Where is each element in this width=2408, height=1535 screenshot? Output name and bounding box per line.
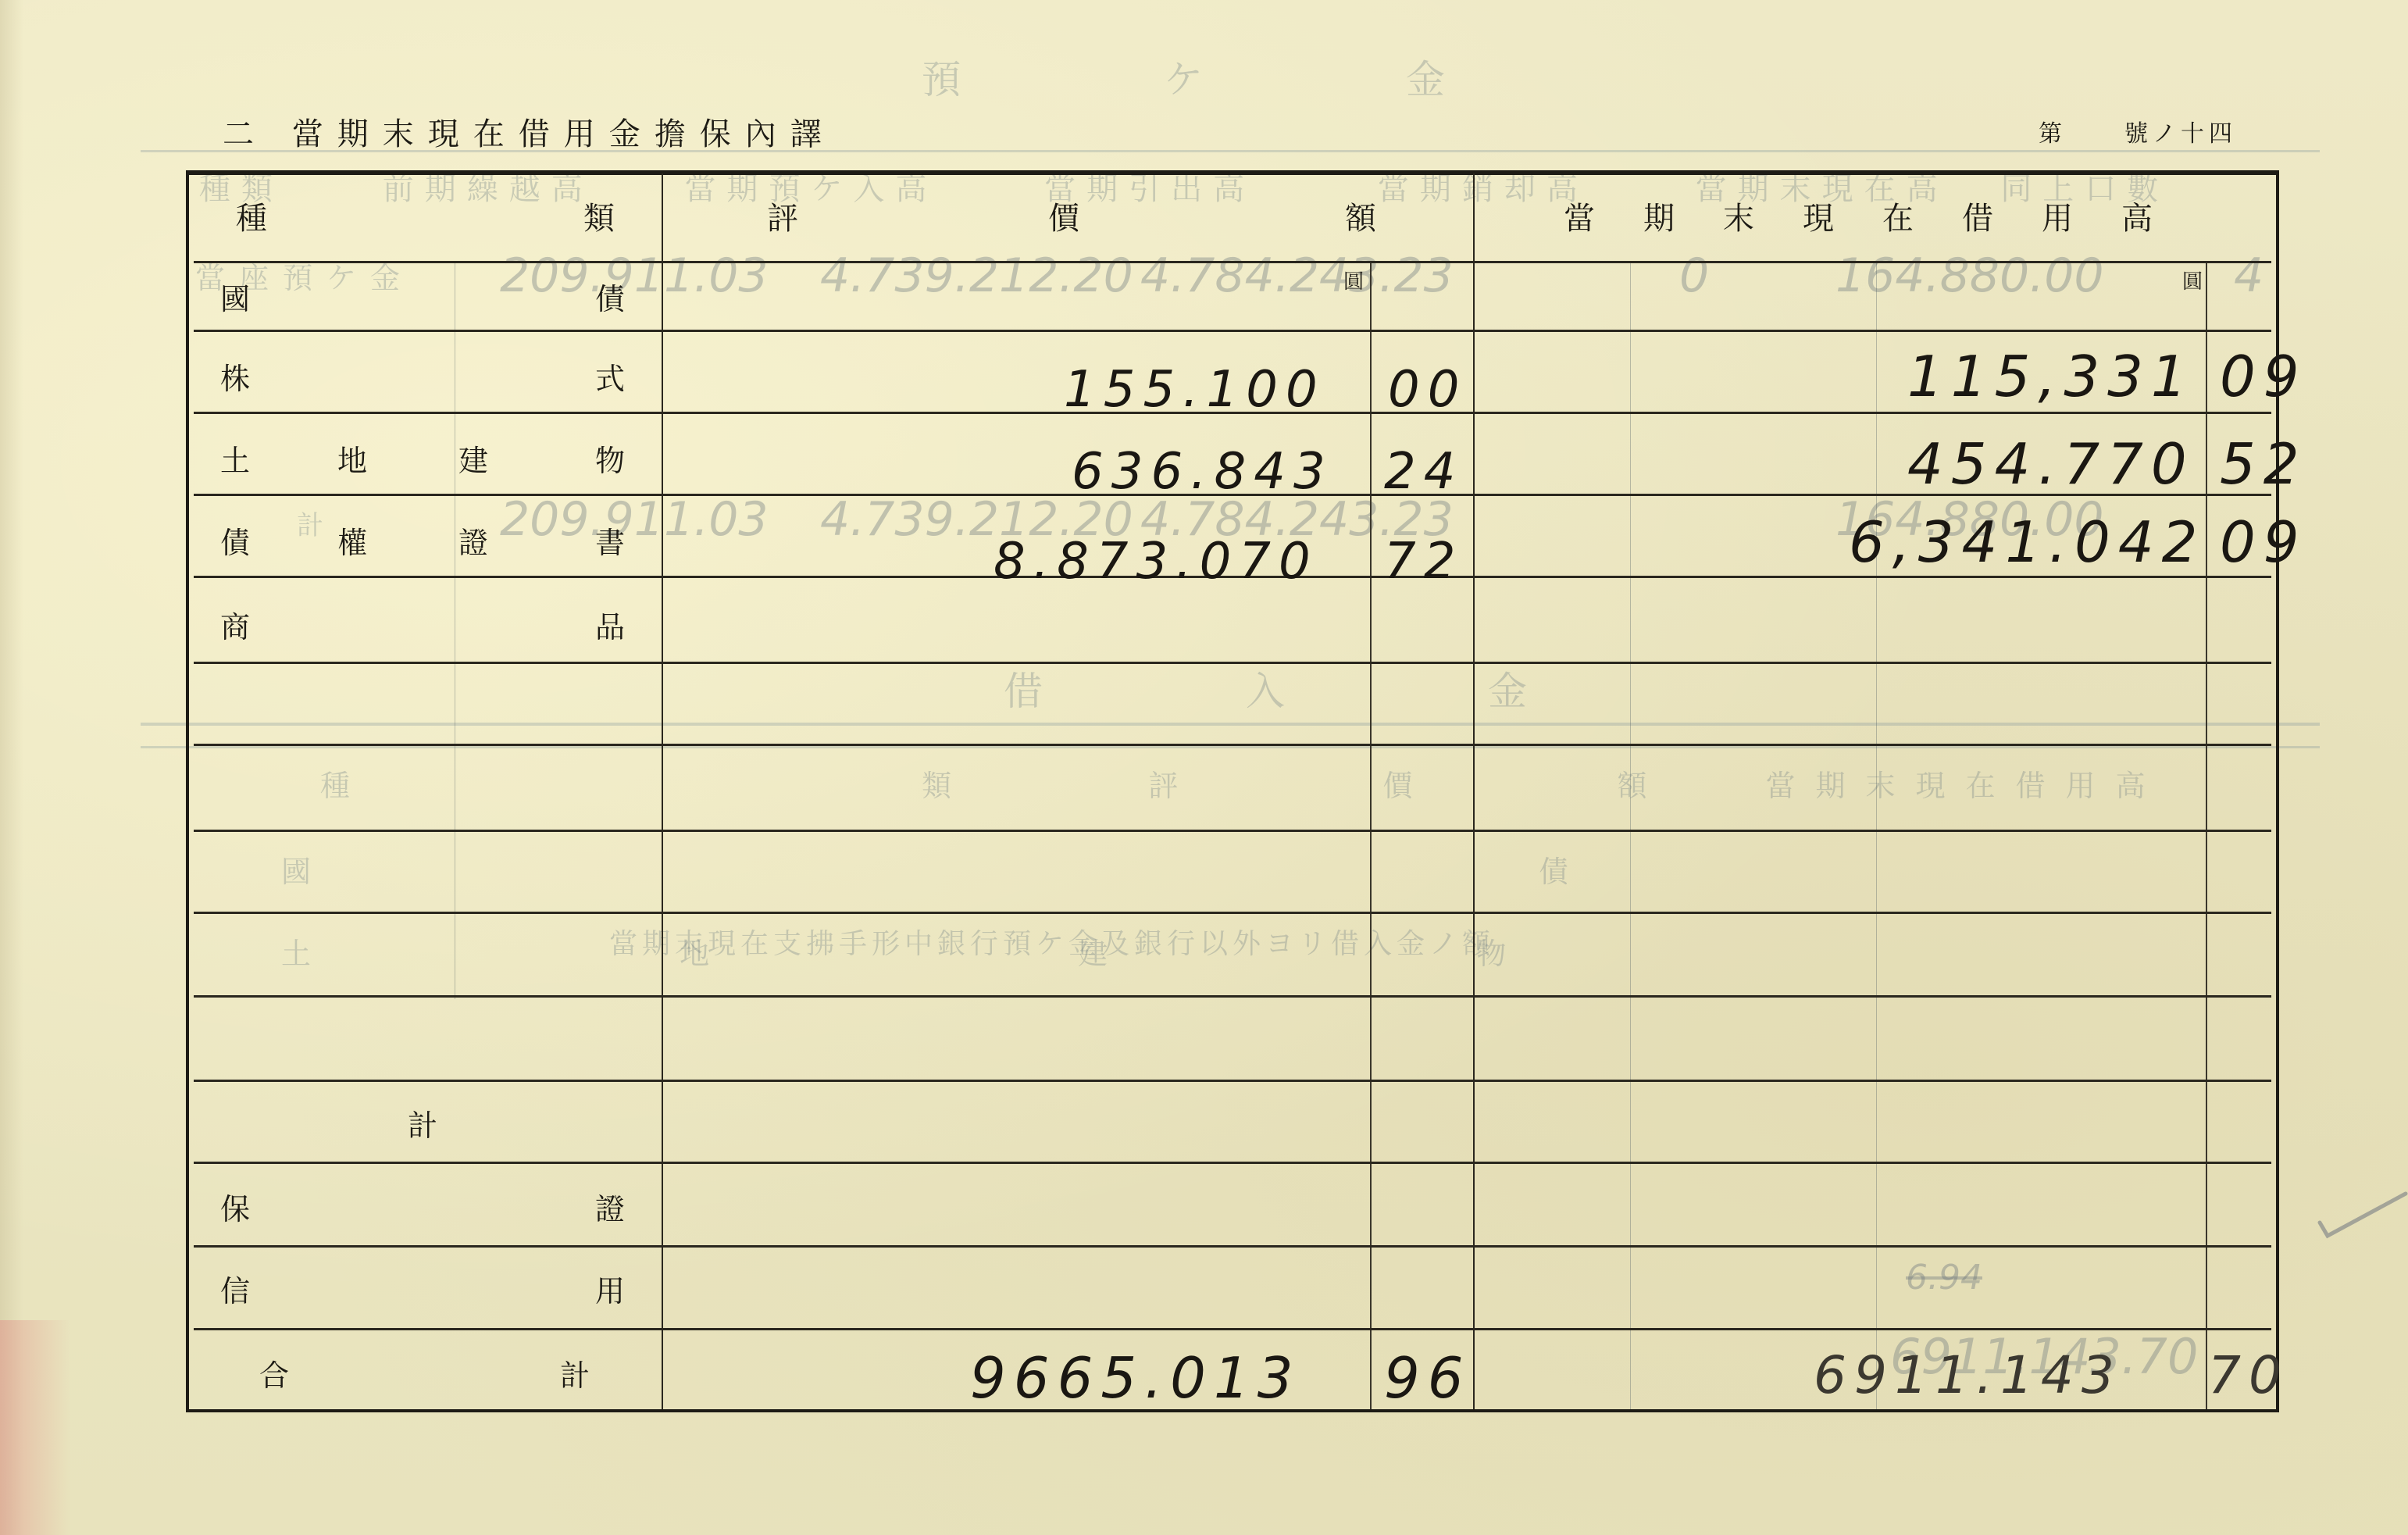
row-label-claims-2: 權 <box>337 519 367 562</box>
row-rule <box>194 1245 2271 1248</box>
row-label-total-2: 計 <box>560 1351 590 1394</box>
row-label-kokusai-1: 國 <box>220 275 250 318</box>
row-rule <box>194 830 2271 832</box>
valuation-kabushiki: 155.100 <box>1064 361 1325 419</box>
row-label-land-3: 建 <box>458 437 488 480</box>
row-label-goods-1: 商 <box>220 603 250 646</box>
row-label-guarantee-1: 保 <box>220 1185 250 1228</box>
row-label-kabushiki-2: 式 <box>595 355 625 398</box>
bleed-heading: 預ケ金 <box>922 48 1648 105</box>
paper-edge-shade <box>0 0 23 1535</box>
row-label-claims-3: 證 <box>458 519 488 562</box>
row-label-kabushiki-1: 株 <box>220 355 250 398</box>
borrowing-kabushiki-sen: 09 <box>2220 344 2307 409</box>
borrowing-kabushiki: 115,331 <box>1907 344 2195 409</box>
row-rule <box>194 744 2271 746</box>
faint-divider <box>1630 261 1631 1409</box>
row-label-claims-4: 書 <box>595 519 625 562</box>
faint-divider <box>455 261 455 999</box>
header-valuation-3: 額 <box>1345 194 1376 238</box>
header-valuation-2: 價 <box>1048 194 1079 238</box>
row-label-kokusai-2: 債 <box>595 275 625 318</box>
row-label-land-1: 土 <box>220 437 250 480</box>
borrowing-total-sen: 70 <box>2208 1345 2289 1405</box>
row-label-credit-2: 用 <box>595 1267 625 1310</box>
row-label-total-1: 合 <box>259 1351 289 1394</box>
row-label-subtotal: 計 <box>408 1101 437 1144</box>
borrowing-claims: 6,341.042 <box>1849 509 2205 575</box>
check-mark-icon <box>2304 1187 2408 1242</box>
borrowing-land-sen: 52 <box>2220 431 2307 497</box>
valuation-claims-sen: 72 <box>1384 533 1463 591</box>
section-title: 二 當期末現在借用金擔保內譯 <box>223 109 836 154</box>
divider-type-valuation <box>662 173 663 1409</box>
borrowing-claims-sen: 09 <box>2220 509 2307 575</box>
divider-valuation-borrowing <box>1473 173 1475 1409</box>
yen-unit-borrowing: 圓 <box>2182 266 2203 295</box>
yen-unit-valuation: 圓 <box>1343 266 1364 295</box>
header-type-2: 類 <box>583 194 615 238</box>
row-label-credit-1: 信 <box>220 1267 250 1310</box>
valuation-land-sen: 24 <box>1384 443 1463 501</box>
red-stain <box>0 1320 70 1535</box>
form-number-suffix: 號ノ十四 <box>2124 114 2237 148</box>
row-rule <box>194 995 2271 998</box>
header-current-borrowing: 當期末現在借用高 <box>1564 194 2201 238</box>
header-valuation-1: 評 <box>767 194 798 238</box>
row-rule <box>194 912 2271 914</box>
header-type-1: 種 <box>236 194 267 238</box>
valuation-claims: 8.873.070 <box>994 533 1318 591</box>
row-rule <box>194 662 2271 664</box>
valuation-land: 636.843 <box>1072 443 1333 501</box>
row-label-goods-2: 品 <box>595 603 625 646</box>
form-number: 第 號ノ十四 <box>2039 114 2237 148</box>
table-top-rule <box>186 170 2279 175</box>
row-rule <box>194 330 2271 332</box>
faint-divider <box>1876 261 1877 1409</box>
row-label-land-2: 地 <box>337 437 367 480</box>
header-rule <box>194 261 2271 263</box>
row-rule <box>194 1328 2271 1330</box>
row-label-claims-1: 債 <box>220 519 250 562</box>
valuation-total: 9665.013 <box>970 1345 1301 1411</box>
collateral-table: 種 類 評 價 額 當期末現在借用高 圓 圓 國 債 株 式 土 地 建 物 債… <box>186 170 2279 1412</box>
row-label-guarantee-2: 證 <box>595 1185 625 1228</box>
form-number-prefix: 第 <box>2039 114 2062 148</box>
row-rule <box>194 1080 2271 1082</box>
borrowing-land: 454.770 <box>1907 431 2195 497</box>
valuation-total-sen: 96 <box>1384 1345 1472 1411</box>
row-rule <box>194 1162 2271 1164</box>
divider-borrowing-sen <box>2206 261 2207 1409</box>
divider-valuation-sen <box>1370 261 1372 1409</box>
row-label-land-4: 物 <box>595 437 625 480</box>
borrowing-total: 6911.143 <box>1814 1345 2122 1405</box>
valuation-kabushiki-sen: 00 <box>1388 361 1467 419</box>
